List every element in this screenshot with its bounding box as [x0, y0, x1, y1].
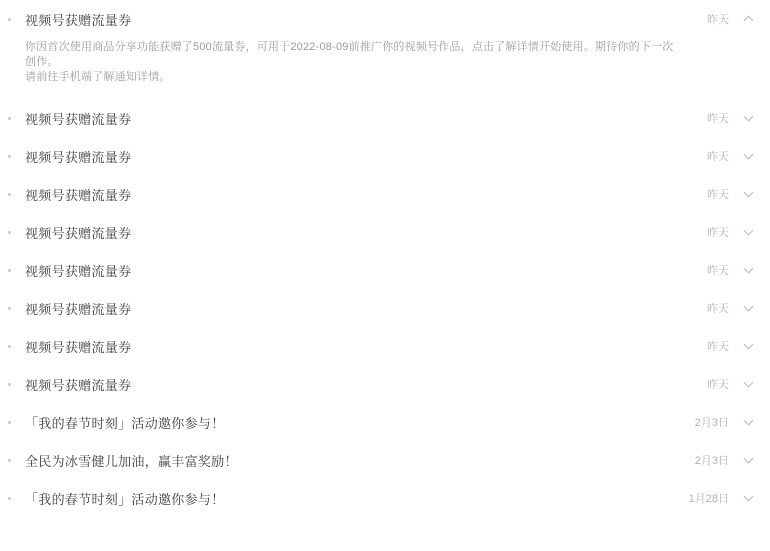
chevron-down-icon[interactable] [744, 113, 754, 123]
unread-dot-icon [8, 383, 11, 386]
notification-title: 视频号获赠流量券 [25, 261, 707, 280]
unread-dot-icon [8, 117, 11, 120]
unread-dot-icon [8, 421, 11, 424]
unread-dot-icon [8, 345, 11, 348]
notification-item: 全民为冰雪健儿加油，赢丰富奖励！ 2月3日 [0, 441, 770, 479]
notification-panel: 视频号获赠流量券 昨天 你因首次使用商品分享功能获赠了500流量券，可用于202… [0, 0, 770, 551]
notification-title: 视频号获赠流量券 [25, 337, 707, 356]
row-marker [8, 193, 25, 196]
notification-body-line: 创作。 [25, 55, 730, 70]
row-marker [8, 345, 25, 348]
notification-date: 昨天 [707, 110, 729, 126]
unread-dot-icon [8, 155, 11, 158]
chevron-down-icon[interactable] [744, 379, 754, 389]
chevron-down-icon[interactable] [744, 265, 754, 275]
notification-item: 「我的春节时刻」活动邀你参与！ 1月28日 [0, 479, 770, 517]
row-marker [8, 307, 25, 310]
unread-dot-icon [8, 459, 11, 462]
notification-date: 昨天 [707, 148, 729, 164]
notification-list: 视频号获赠流量券 昨天 你因首次使用商品分享功能获赠了500流量券，可用于202… [0, 0, 770, 517]
chevron-down-icon[interactable] [744, 493, 754, 503]
notification-row[interactable]: 视频号获赠流量券 昨天 [0, 365, 770, 403]
notification-date: 昨天 [707, 11, 729, 27]
chevron-down-icon[interactable] [744, 417, 754, 427]
row-marker [8, 421, 25, 424]
notification-date: 2月3日 [695, 452, 729, 468]
notification-title: 视频号获赠流量券 [25, 223, 707, 242]
notification-title: 视频号获赠流量券 [25, 299, 707, 318]
notification-item: 视频号获赠流量券 昨天 [0, 327, 770, 365]
chevron-down-icon[interactable] [744, 455, 754, 465]
notification-date: 昨天 [707, 262, 729, 278]
notification-date: 2月3日 [695, 414, 729, 430]
notification-body: 你因首次使用商品分享功能获赠了500流量券，可用于2022-08-09前推广你的… [0, 38, 770, 99]
notification-title: 视频号获赠流量券 [25, 10, 707, 29]
unread-dot-icon [8, 497, 11, 500]
notification-item: 视频号获赠流量券 昨天 [0, 213, 770, 251]
notification-row[interactable]: 视频号获赠流量券 昨天 [0, 289, 770, 327]
notification-title: 「我的春节时刻」活动邀你参与！ [25, 413, 695, 432]
row-marker [8, 155, 25, 158]
notification-row[interactable]: 视频号获赠流量券 昨天 [0, 0, 770, 38]
notification-date: 昨天 [707, 300, 729, 316]
notification-row[interactable]: 「我的春节时刻」活动邀你参与！ 2月3日 [0, 403, 770, 441]
notification-item: 「我的春节时刻」活动邀你参与！ 2月3日 [0, 403, 770, 441]
notification-row[interactable]: 视频号获赠流量券 昨天 [0, 213, 770, 251]
notification-row[interactable]: 视频号获赠流量券 昨天 [0, 175, 770, 213]
notification-title: 视频号获赠流量券 [25, 109, 707, 128]
notification-title: 「我的春节时刻」活动邀你参与！ [25, 489, 689, 508]
notification-title: 视频号获赠流量券 [25, 375, 707, 394]
notification-date: 昨天 [707, 186, 729, 202]
row-marker [8, 497, 25, 500]
notification-item: 视频号获赠流量券 昨天 [0, 251, 770, 289]
chevron-down-icon[interactable] [744, 303, 754, 313]
notification-row[interactable]: 视频号获赠流量券 昨天 [0, 137, 770, 175]
notification-row[interactable]: 视频号获赠流量券 昨天 [0, 99, 770, 137]
chevron-up-icon[interactable] [744, 14, 754, 24]
row-marker [8, 231, 25, 234]
unread-dot-icon [8, 269, 11, 272]
unread-dot-icon [8, 231, 11, 234]
notification-title: 视频号获赠流量券 [25, 185, 707, 204]
unread-dot-icon [8, 193, 11, 196]
chevron-down-icon[interactable] [744, 341, 754, 351]
row-marker [8, 459, 25, 462]
notification-date: 昨天 [707, 224, 729, 240]
chevron-down-icon[interactable] [744, 227, 754, 237]
notification-item: 视频号获赠流量券 昨天 你因首次使用商品分享功能获赠了500流量券，可用于202… [0, 0, 770, 99]
unread-dot-icon [8, 18, 11, 21]
notification-date: 昨天 [707, 376, 729, 392]
row-marker [8, 117, 25, 120]
notification-body-line: 请前往手机端了解通知详情。 [25, 70, 730, 85]
notification-item: 视频号获赠流量券 昨天 [0, 137, 770, 175]
notification-item: 视频号获赠流量券 昨天 [0, 99, 770, 137]
notification-item: 视频号获赠流量券 昨天 [0, 289, 770, 327]
notification-title: 全民为冰雪健儿加油，赢丰富奖励！ [25, 451, 695, 470]
row-marker [8, 18, 25, 21]
notification-date: 1月28日 [689, 490, 729, 506]
chevron-down-icon[interactable] [744, 189, 754, 199]
notification-row[interactable]: 视频号获赠流量券 昨天 [0, 327, 770, 365]
row-marker [8, 383, 25, 386]
notification-date: 昨天 [707, 338, 729, 354]
notification-title: 视频号获赠流量券 [25, 147, 707, 166]
row-marker [8, 269, 25, 272]
unread-dot-icon [8, 307, 11, 310]
notification-row[interactable]: 「我的春节时刻」活动邀你参与！ 1月28日 [0, 479, 770, 517]
notification-body-line: 你因首次使用商品分享功能获赠了500流量券，可用于2022-08-09前推广你的… [25, 40, 730, 55]
chevron-down-icon[interactable] [744, 151, 754, 161]
notification-row[interactable]: 全民为冰雪健儿加油，赢丰富奖励！ 2月3日 [0, 441, 770, 479]
notification-item: 视频号获赠流量券 昨天 [0, 175, 770, 213]
notification-row[interactable]: 视频号获赠流量券 昨天 [0, 251, 770, 289]
notification-item: 视频号获赠流量券 昨天 [0, 365, 770, 403]
